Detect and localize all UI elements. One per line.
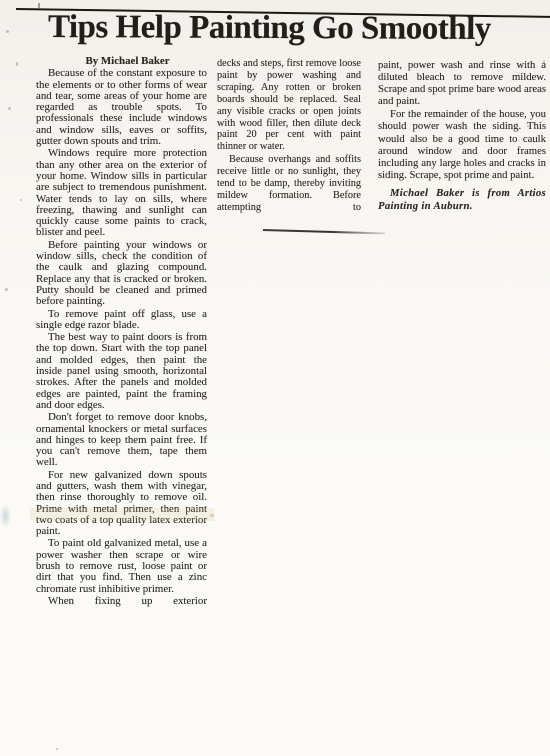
column-right: paint, power wash and rinse with a dilut… — [378, 59, 546, 214]
paragraph: Windows require more protection than any… — [36, 148, 207, 238]
continuation-paragraph: decks and steps, first remove loose pain… — [217, 58, 361, 153]
paragraph: When fixing up exterior — [36, 596, 207, 607]
scan-speck — [210, 514, 214, 517]
scan-smudge — [0, 504, 11, 528]
continuation-paragraph: paint, power wash and rinse with a dilut… — [378, 59, 546, 107]
paragraph: Before painting your windows or window s… — [36, 240, 207, 308]
byline: By Michael Baker — [36, 56, 207, 67]
scan-speck — [20, 199, 22, 201]
paragraph: For the remainder of the house, you shou… — [378, 108, 546, 181]
paragraph: For new galvanized down spouts and gutte… — [36, 470, 207, 538]
paragraph: The best way to paint doors is from the … — [36, 332, 207, 411]
paragraph: Because overhangs and soffits receive li… — [217, 154, 361, 214]
headline: Tips Help Painting Go Smoothly — [48, 9, 528, 48]
paragraph: Don't forget to remove door knobs, ornam… — [36, 412, 207, 468]
scan-speck — [16, 62, 18, 66]
paragraph: Because of the constant exposure to the … — [36, 68, 207, 147]
paragraph: To remove paint off glass, use a single … — [36, 309, 207, 332]
scan-speck — [5, 288, 8, 291]
newspaper-clipping: Tips Help Painting Go Smoothly By Michae… — [0, 0, 550, 756]
scan-speck — [8, 107, 11, 110]
column-left: By Michael Baker Because of the constant… — [36, 56, 207, 607]
column-middle: decks and steps, first remove loose pain… — [217, 58, 361, 214]
paragraph: To paint old galvanized metal, use a pow… — [36, 538, 207, 594]
signoff: Michael Baker is from Artios Painting in… — [378, 187, 546, 214]
divider-rule — [263, 229, 385, 234]
scan-speck — [6, 30, 9, 33]
scan-speck — [56, 748, 58, 750]
